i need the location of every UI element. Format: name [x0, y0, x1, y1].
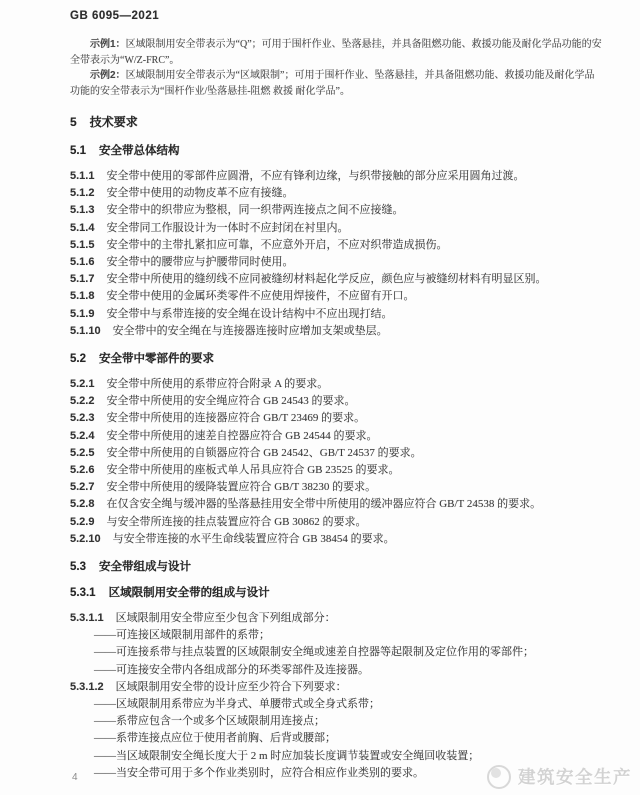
clause: 5.2.3安全带中所使用的连接器应符合 GB/T 23469 的要求。 — [70, 410, 602, 427]
dash-list-item: ——可连接区域限制用部件的系带； — [70, 627, 602, 644]
clause: 5.1.5安全带中的主带扎紧扣应可靠，不应意外开启，不应对织带造成损伤。 — [70, 237, 602, 254]
section-number: 5.1 — [70, 145, 86, 157]
clause: 5.2.7安全带中所使用的缓降装置应符合 GB/T 38230 的要求。 — [70, 479, 602, 496]
example-paragraph: 示例2：区域限制用安全带表示为“区域限制”；可用于围杆作业、坠落悬挂，并具备阻燃… — [70, 68, 602, 99]
clause-number: 5.1.8 — [70, 290, 94, 302]
clause: 5.1.6安全带中的腰带应与护腰带同时使用。 — [70, 254, 602, 271]
clause-text: 与安全带连接的水平生命线装置应符合 GB 38454 的要求。 — [113, 533, 395, 545]
clause-number: 5.1.10 — [70, 325, 101, 337]
clause-text: 安全带中所使用的连接器应符合 GB/T 23469 的要求。 — [106, 412, 365, 424]
clause-text: 安全带中的织带应为整根，同一织带两连接点之间不应接缝。 — [106, 204, 403, 216]
section-title: 安全带中零部件的要求 — [99, 353, 214, 365]
section-number: 5 — [70, 115, 77, 129]
clause-text: 安全带中所使用的自锁器应符合 GB 24542、GB/T 24537 的要求。 — [106, 447, 421, 459]
clause-number: 5.2.10 — [70, 533, 101, 545]
clause-number: 5.3.1.2 — [70, 681, 104, 693]
clause-number: 5.2.8 — [70, 498, 94, 510]
clause-number: 5.1.7 — [70, 273, 94, 285]
clause: 5.1.3安全带中的织带应为整根，同一织带两连接点之间不应接缝。 — [70, 202, 602, 219]
clause-text: 安全带中所使用的缓降装置应符合 GB/T 38230 的要求。 — [106, 481, 376, 493]
doc-number: GB 6095—2021 — [70, 10, 602, 22]
clause-text: 安全带中所使用的缝纫线不应同被缝纫材料起化学反应，颜色应与被缝纫材料有明显区别。 — [106, 273, 546, 285]
dash-list-item: ——系带应包含一个或多个区域限制用连接点； — [70, 713, 602, 730]
clause-text: 区域限制用安全带的设计应至少符合下列要求： — [116, 681, 347, 693]
clause-number: 5.3.1.1 — [70, 612, 104, 624]
clause-text: 安全带中与系带连接的安全绳在设计结构中不应出现打结。 — [106, 308, 392, 320]
clause-text: 安全带中所使用的速差自控器应符合 GB 24544 的要求。 — [106, 430, 377, 442]
clause-text: 安全带中所使用的系带应符合附录 A 的要求。 — [106, 378, 328, 390]
clause: 5.2.9与安全带所连接的挂点装置应符合 GB 30862 的要求。 — [70, 514, 602, 531]
section-title: 安全带组成与设计 — [99, 561, 191, 573]
clause: 5.1.8安全带中使用的金属环类零件不应使用焊接件，不应留有开口。 — [70, 288, 602, 305]
section-number: 5.2 — [70, 353, 86, 365]
watermark-text: 建筑安全生产 — [518, 764, 632, 789]
section-heading-5-3-1: 5.3.1区域限制用安全带的组成与设计 — [70, 584, 602, 600]
section-heading-5: 5技术要求 — [70, 113, 602, 130]
clause: 5.1.4安全带同工作服设计为一体时不应封闭在衬里内。 — [70, 220, 602, 237]
dash-list-item: ——当区域限制安全绳长度大于 2 m 时应加装长度调节装置或安全绳回收装置； — [70, 748, 602, 765]
clause-text: 安全带同工作服设计为一体时不应封闭在衬里内。 — [106, 222, 348, 234]
clause-text: 安全带中的主带扎紧扣应可靠，不应意外开启，不应对织带造成损伤。 — [106, 239, 447, 251]
clause-text: 区域限制用安全带应至少包含下列组成部分： — [116, 612, 336, 624]
section-heading-5-1: 5.1安全带总体结构 — [70, 142, 602, 158]
clause-number: 5.2.5 — [70, 447, 94, 459]
example-text: 区域限制用安全带表示为“区域限制”；可用于围杆作业、坠落悬挂，并具备阻燃功能、救… — [70, 70, 594, 97]
clause: 5.3.1.1区域限制用安全带应至少包含下列组成部分： — [70, 610, 602, 627]
clause: 5.2.1安全带中所使用的系带应符合附录 A 的要求。 — [70, 376, 602, 393]
clause: 5.2.6安全带中所使用的座板式单人吊具应符合 GB 23525 的要求。 — [70, 462, 602, 479]
section-title: 安全带总体结构 — [99, 145, 180, 157]
clause: 5.1.1安全带中使用的零部件应圆滑，不应有锋利边缘，与织带接触的部分应采用圆角… — [70, 168, 602, 185]
clause: 5.2.2安全带中所使用的安全绳应符合 GB 24543 的要求。 — [70, 393, 602, 410]
clause-number: 5.2.1 — [70, 378, 94, 390]
section-number: 5.3 — [70, 561, 86, 573]
watermark: 建筑安全生产 — [487, 764, 632, 789]
clause-text: 安全带中的安全绳在与连接器连接时应增加支架或垫层。 — [113, 325, 388, 337]
clause-text: 在仅含安全绳与缓冲器的坠落悬挂用安全带中所使用的缓冲器应符合 GB/T 2453… — [106, 498, 541, 510]
clause-list-5-1: 5.1.1安全带中使用的零部件应圆滑，不应有锋利边缘，与织带接触的部分应采用圆角… — [70, 168, 602, 340]
clause-number: 5.2.3 — [70, 412, 94, 424]
page-content: GB 6095—2021 示例1：区域限制用安全带表示为“Q”；可用于围杆作业、… — [0, 0, 640, 782]
example-label: 示例2： — [90, 70, 126, 81]
clause-number: 5.1.5 — [70, 239, 94, 251]
clause: 5.2.8在仅含安全绳与缓冲器的坠落悬挂用安全带中所使用的缓冲器应符合 GB/T… — [70, 496, 602, 513]
clause-text: 安全带中使用的零部件应圆滑，不应有锋利边缘，与织带接触的部分应采用圆角过渡。 — [106, 170, 524, 182]
clause-text: 安全带中所使用的安全绳应符合 GB 24543 的要求。 — [106, 395, 355, 407]
watermark-logo-icon — [487, 765, 511, 789]
examples-block: 示例1：区域限制用安全带表示为“Q”；可用于围杆作业、坠落悬挂，并具备阻燃功能、… — [70, 37, 602, 99]
clause-number: 5.1.4 — [70, 222, 94, 234]
clause-text: 安全带中使用的动物皮革不应有接缝。 — [106, 187, 293, 199]
clause-number: 5.2.9 — [70, 516, 94, 528]
clause: 5.2.4安全带中所使用的速差自控器应符合 GB 24544 的要求。 — [70, 428, 602, 445]
clause: 5.1.7安全带中所使用的缝纫线不应同被缝纫材料起化学反应，颜色应与被缝纫材料有… — [70, 271, 602, 288]
clause-text: 安全带中使用的金属环类零件不应使用焊接件，不应留有开口。 — [106, 290, 414, 302]
clause: 5.2.5安全带中所使用的自锁器应符合 GB 24542、GB/T 24537 … — [70, 445, 602, 462]
section-heading-5-3: 5.3安全带组成与设计 — [70, 558, 602, 574]
dash-list-item: ——可连接系带与挂点装置的区域限制安全绳或速差自控器等起限制及定位作用的零部件； — [70, 644, 602, 661]
section-number: 5.3.1 — [70, 587, 96, 599]
clause-number: 5.1.3 — [70, 204, 94, 216]
clause-number: 5.1.6 — [70, 256, 94, 268]
clause-text: 安全带中的腰带应与护腰带同时使用。 — [106, 256, 293, 268]
example-paragraph: 示例1：区域限制用安全带表示为“Q”；可用于围杆作业、坠落悬挂，并具备阻燃功能、… — [70, 37, 602, 68]
clause: 5.1.10安全带中的安全绳在与连接器连接时应增加支架或垫层。 — [70, 323, 602, 340]
clause-number: 5.1.9 — [70, 308, 94, 320]
clause-number: 5.2.4 — [70, 430, 94, 442]
page-number: 4 — [72, 772, 78, 783]
dash-list-item: ——区域限制用系带应为半身式、单腰带式或全身式系带； — [70, 696, 602, 713]
dash-list-item: ——系带连接点应位于使用者前胸、后背或腰部； — [70, 730, 602, 747]
document-page: GB 6095—2021 示例1：区域限制用安全带表示为“Q”；可用于围杆作业、… — [0, 0, 640, 795]
clause: 5.1.2安全带中使用的动物皮革不应有接缝。 — [70, 185, 602, 202]
example-text: 区域限制用安全带表示为“Q”；可用于围杆作业、坠落悬挂，并具备阻燃功能、救援功能… — [70, 39, 602, 66]
clause-list-5-3-1: 5.3.1.1区域限制用安全带应至少包含下列组成部分： ——可连接区域限制用部件… — [70, 610, 602, 782]
clause-text: 与安全带所连接的挂点装置应符合 GB 30862 的要求。 — [106, 516, 366, 528]
clause: 5.2.10与安全带连接的水平生命线装置应符合 GB 38454 的要求。 — [70, 531, 602, 548]
clause-number: 5.1.2 — [70, 187, 94, 199]
clause: 5.3.1.2区域限制用安全带的设计应至少符合下列要求： — [70, 679, 602, 696]
clause-number: 5.2.2 — [70, 395, 94, 407]
clause-number: 5.1.1 — [70, 170, 94, 182]
dash-list-item: ——可连接安全带内各组成部分的环类零部件及连接器。 — [70, 662, 602, 679]
clause-number: 5.2.7 — [70, 481, 94, 493]
section-title: 区域限制用安全带的组成与设计 — [109, 587, 270, 599]
clause-number: 5.2.6 — [70, 464, 94, 476]
section-heading-5-2: 5.2安全带中零部件的要求 — [70, 350, 602, 366]
example-label: 示例1： — [90, 39, 126, 50]
clause-list-5-2: 5.2.1安全带中所使用的系带应符合附录 A 的要求。 5.2.2安全带中所使用… — [70, 376, 602, 548]
section-title: 技术要求 — [90, 115, 138, 129]
clause: 5.1.9安全带中与系带连接的安全绳在设计结构中不应出现打结。 — [70, 306, 602, 323]
clause-text: 安全带中所使用的座板式单人吊具应符合 GB 23525 的要求。 — [106, 464, 399, 476]
